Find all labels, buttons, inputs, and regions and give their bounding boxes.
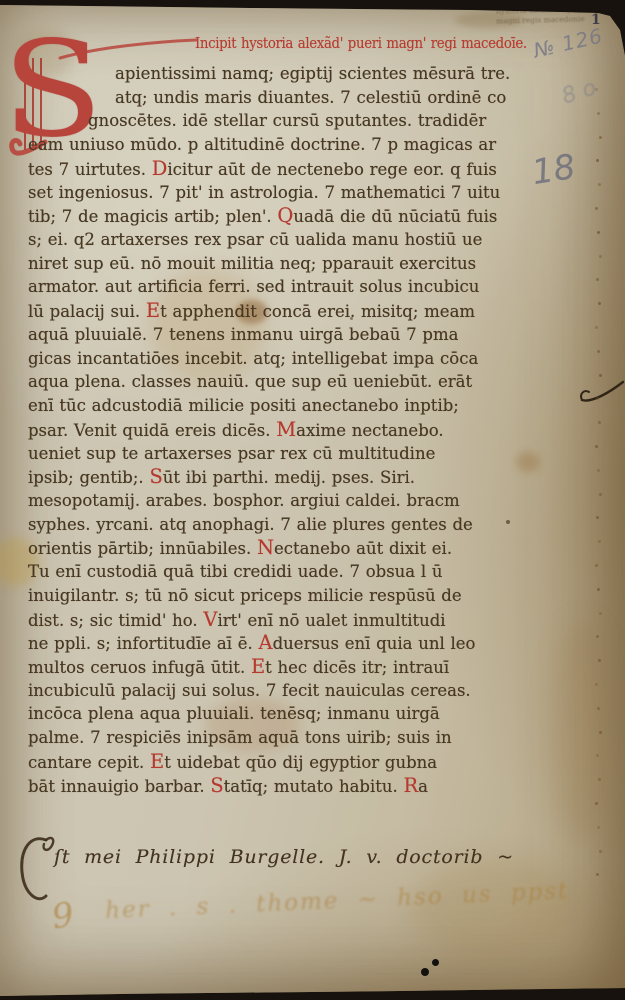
line-text: uadā die dū nūciatū fuis [293,207,497,226]
margin-pen-flourish [580,378,625,406]
line-text: t apphendit concā erei. misitq; meam [160,302,475,321]
red-initial: Q [277,204,293,227]
line-text: aquā pluuialē. 7 tenens inmanu uirgā beb… [28,325,458,344]
manuscript-line: psar. Venit quidā ereis dicēs. Maxime ne… [28,418,568,442]
pricking-hole [599,612,602,615]
line-text: apientissimi namq; egiptij scientes mēsu… [115,64,510,83]
line-text: s; ei. q2 artaxerses rex psar cū ualida … [28,230,482,249]
pricking-hole [596,873,599,876]
line-text: incubiculū palacij sui solus. 7 fecit na… [28,681,471,700]
red-initial: N [257,536,274,559]
manuscript-line: syphes. yrcani. atq anophagi. 7 alie plu… [28,513,568,537]
pricking-hole [599,374,602,377]
manuscript-line: tes 7 uirtutes. Dicitur aūt de nectenebo… [28,157,568,181]
text-block: apientissimi namq; egiptij scientes mēsu… [28,62,568,797]
pricking-hole [596,754,599,757]
pricking-hole [596,516,599,519]
line-text: gicas incantatiōes incebit. atq; intelli… [28,349,478,368]
pricking-hole [598,778,601,781]
pricking-hole [595,326,598,329]
line-text: ueniet sup te artaxerses psar rex cū mul… [28,444,435,463]
line-text: syphes. yrcani. atq anophagi. 7 alie plu… [28,515,473,534]
red-initial: E [146,299,160,322]
line-text: gnoscētes. idē stellar cursū sputantes. … [88,111,486,130]
faded-inscription-mark: 9 [49,895,76,938]
manuscript-line: aquā pluuialē. 7 tenens inmanu uirgā beb… [28,323,568,347]
line-text: Tu enī custodiā quā tibi credidi uade. 7… [28,562,443,581]
pricking-hole [597,112,600,115]
manuscript-line: atq; undis maris diuantes. 7 celestiū or… [28,86,568,110]
pricking-hole [599,136,602,139]
manuscript-line: armator. aut artificia ferri. sed intrau… [28,275,568,299]
line-text: atq; undis maris diuantes. 7 celestiū or… [115,88,506,107]
pricking-hole [595,445,598,448]
line-text: aqua plena. classes nauiū. que sup eū ue… [28,372,472,391]
pricking-hole [596,159,599,162]
line-text: set ingeniosus. 7 pit' in astrologia. 7 … [28,183,500,202]
ink-blot [421,968,429,976]
red-initial: E [251,655,265,678]
manuscript-line: palme. 7 respiciēs inipsām aquā tons uir… [28,726,568,750]
manuscript-line: aqua plena. classes nauiū. que sup eū ue… [28,370,568,394]
red-initial: S [210,774,223,797]
red-initial: R [404,774,419,797]
line-text: ne ppli. s; infortitudīe aī ē. [28,634,259,653]
manuscript-line: s; ei. q2 artaxerses rex psar cū ualida … [28,228,568,252]
pricking-hole [597,588,600,591]
manuscript-line: apientissimi namq; egiptij scientes mēsu… [28,62,568,86]
pricking-hole [597,469,600,472]
line-text: ūt ibi parthi. medij. pses. Siri. [163,468,415,487]
faded-inscription: her . s . thome ~ hso us ppst [105,878,570,924]
pricking-hole [598,540,601,543]
manuscript-line: incōca plena aqua pluuiali. tenēsq; inma… [28,702,568,726]
line-text: tib; 7 de magicis artib; plen'. [28,207,277,226]
line-text: orientis pārtib; innūabiles. [28,539,257,558]
pricking-hole [599,850,602,853]
manuscript-line: set ingeniosus. 7 pit' in astrologia. 7 … [28,181,568,205]
line-text: tatīq; mutato habitu. [224,777,404,796]
manuscript-line: incubiculū palacij sui solus. 7 fecit na… [28,679,568,703]
pricking-hole [595,88,598,91]
manuscript-line: inuigilantr. s; tū nō sicut priceps mili… [28,584,568,608]
pricking-hole [596,278,599,281]
pricking-hole [595,564,598,567]
pricking-hole [595,802,598,805]
pricking-hole [598,421,601,424]
red-initial: M [276,418,296,441]
pricking-hole [597,826,600,829]
line-text: niret sup eū. nō mouit militia neq; ppar… [28,254,476,273]
line-text: multos ceruos infugā ūtit. [28,658,251,677]
parchment-page: hystoria alexandri pueri magni regis mac… [0,0,625,1000]
line-text: t uidebat qūo dij egyptior gubna [164,753,437,772]
manuscript-line: niret sup eū. nō mouit militia neq; ppar… [28,252,568,276]
line-text: enī tūc adcustodiā milicie positi anecta… [28,396,459,415]
manuscript-line: gicas incantatiōes incebit. atq; intelli… [28,347,568,371]
ink-blot [432,959,439,966]
pricking-hole [599,731,602,734]
line-text: axime nectanebo. [296,421,444,440]
line-text: bāt innauigio barbar. [28,777,210,796]
pricking-hole [597,350,600,353]
pricking-hole [597,707,600,710]
pricking-hole [596,635,599,638]
pencil-shelfmark: № 126 [531,23,605,62]
manuscript-line: orientis pārtib; innūabiles. Nectanebo a… [28,536,568,560]
manuscript-line: ne ppli. s; infortitudīe aī ē. Aduersus … [28,631,568,655]
manuscript-line: mesopotamij. arabes. bosphor. argiui cal… [28,489,568,513]
line-text: dist. s; sic timid' ho. [28,611,203,630]
manuscript-line: ueniet sup te artaxerses psar rex cū mul… [28,442,568,466]
pricking-hole [598,183,601,186]
manuscript-line: gnoscētes. idē stellar cursū sputantes. … [28,109,568,133]
line-text: icitur aūt de nectenebo rege eor. q fuis [167,160,497,179]
manuscript-line: multos ceruos infugā ūtit. Et hec dicēs … [28,655,568,679]
red-initial: S [149,465,162,488]
line-text: a [418,777,428,796]
line-text: cantare cepit. [28,753,150,772]
pricking-hole [599,493,602,496]
manuscript-line: bāt innauigio barbar. Statīq; mutato hab… [28,774,568,798]
line-text: ectanebo aūt dixit ei. [274,539,452,558]
manuscript-line: enī tūc adcustodiā milicie positi anecta… [28,394,568,418]
red-initial: E [150,750,164,773]
line-text: irt' enī nō ualet inmultitudi [217,611,445,630]
manuscript-line: Tu enī custodiā quā tibi credidi uade. 7… [28,560,568,584]
line-text: tes 7 uirtutes. [28,160,152,179]
red-initial: V [203,608,217,631]
manuscript-line: lū palacij sui. Et apphendit concā erei.… [28,299,568,323]
line-text: inuigilantr. s; tū nō sicut priceps mili… [28,586,462,605]
line-text: lū palacij sui. [28,302,146,321]
line-text: mesopotamij. arabes. bosphor. argiui cal… [28,491,460,510]
line-text: ipsib; gentib;. [28,468,149,487]
manuscript-line: cantare cepit. Et uidebat qūo dij egypti… [28,750,568,774]
ownership-inscription: ſt mei Philippi Burgelle. J. v. doctorib… [54,846,514,868]
line-text: psar. Venit quidā ereis dicēs. [28,421,276,440]
red-initial: D [152,157,168,180]
pricking-hole [595,683,598,686]
pricking-hole [597,231,600,234]
pricking-hole [598,302,601,305]
line-text: incōca plena aqua pluuiali. tenēsq; inma… [28,704,440,723]
line-text: t hec dicēs itr; intrauī [265,658,449,677]
manuscript-line: dist. s; sic timid' ho. Virt' enī nō ual… [28,608,568,632]
line-text: eam uniuso mūdo. p altitudinē doctrine. … [28,135,496,154]
line-text: duersus enī quia unl leo [273,634,476,653]
line-text: armator. aut artificia ferri. sed intrau… [28,277,479,296]
line-text: palme. 7 respiciēs inipsām aquā tons uir… [28,728,452,747]
pricking-hole [598,659,601,662]
manuscript-line: tib; 7 de magicis artib; plen'. Quadā di… [28,204,568,228]
manuscript-line: eam uniuso mūdo. p altitudinē doctrine. … [28,133,568,157]
rubric-incipit: Incipit hystoria alexãd' pueri magn' reg… [195,36,527,52]
manuscript-line: ipsib; gentib;. Sūt ibi parthi. medij. p… [28,465,568,489]
pricking-hole [595,207,598,210]
red-initial: A [259,631,273,654]
pricking-hole [599,255,602,258]
